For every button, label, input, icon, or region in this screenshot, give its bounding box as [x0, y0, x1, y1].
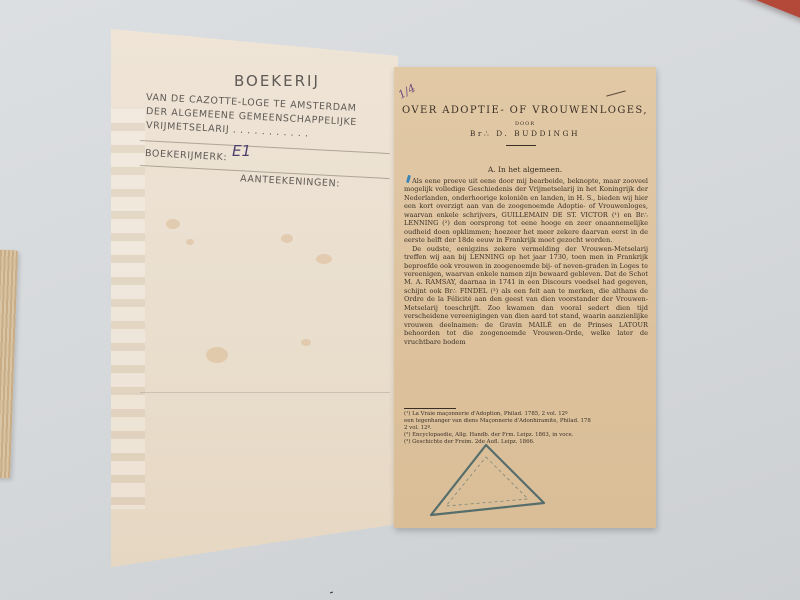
paragraph: Als eene proeve uit eene door mij bearbe… [404, 177, 648, 245]
surface-speck [330, 592, 333, 594]
triangle-stamp-icon [428, 443, 548, 518]
footnote: 2 vol. 12º. [404, 425, 648, 432]
pencil-mark [606, 90, 626, 96]
handwritten-note: 1/4 [396, 81, 418, 101]
article-body: Als eene proeve uit eene door mij bearbe… [404, 177, 648, 346]
footnote-rule [404, 408, 456, 409]
right-text-page: 1/4 OVER ADOPTIE- OF VROUWENLOGES, DOOR … [394, 67, 656, 528]
bookplate-mark-label: BOEKERIJMERK: [145, 148, 228, 163]
footnote: (¹) La Vraie maçonnerie d'Adoption, Phil… [404, 411, 648, 418]
article-author: Br∴ D. BUDDINGH [394, 129, 656, 138]
footnotes: (¹) La Vraie maçonnerie d'Adoption, Phil… [404, 411, 648, 446]
footnote: een tegenhanger van diens Maçonnerie d'A… [404, 418, 648, 425]
bookplate-mark-value: E1 [232, 142, 251, 160]
adjacent-book-edge [0, 250, 18, 479]
red-book-corner [736, 0, 800, 37]
bookplate-notes-label: AANTEEKENINGEN: [240, 173, 341, 189]
footnote: (²) Encyclopaedie, Allg. Handb. der Frm.… [404, 432, 648, 439]
section-heading: A. In het algemeen. [394, 165, 656, 174]
article-by-line: DOOR [394, 121, 656, 127]
title-separator [506, 145, 536, 146]
bookplate-title: BOEKERIJ [234, 72, 320, 90]
paragraph: De oudste, eenigzins zekere vermelding d… [404, 245, 648, 346]
bookplate: BOEKERIJ VAN DE CAZOTTE-LOGE TE AMSTERDA… [140, 62, 390, 393]
article-title: OVER ADOPTIE- OF VROUWENLOGES, [402, 105, 648, 116]
